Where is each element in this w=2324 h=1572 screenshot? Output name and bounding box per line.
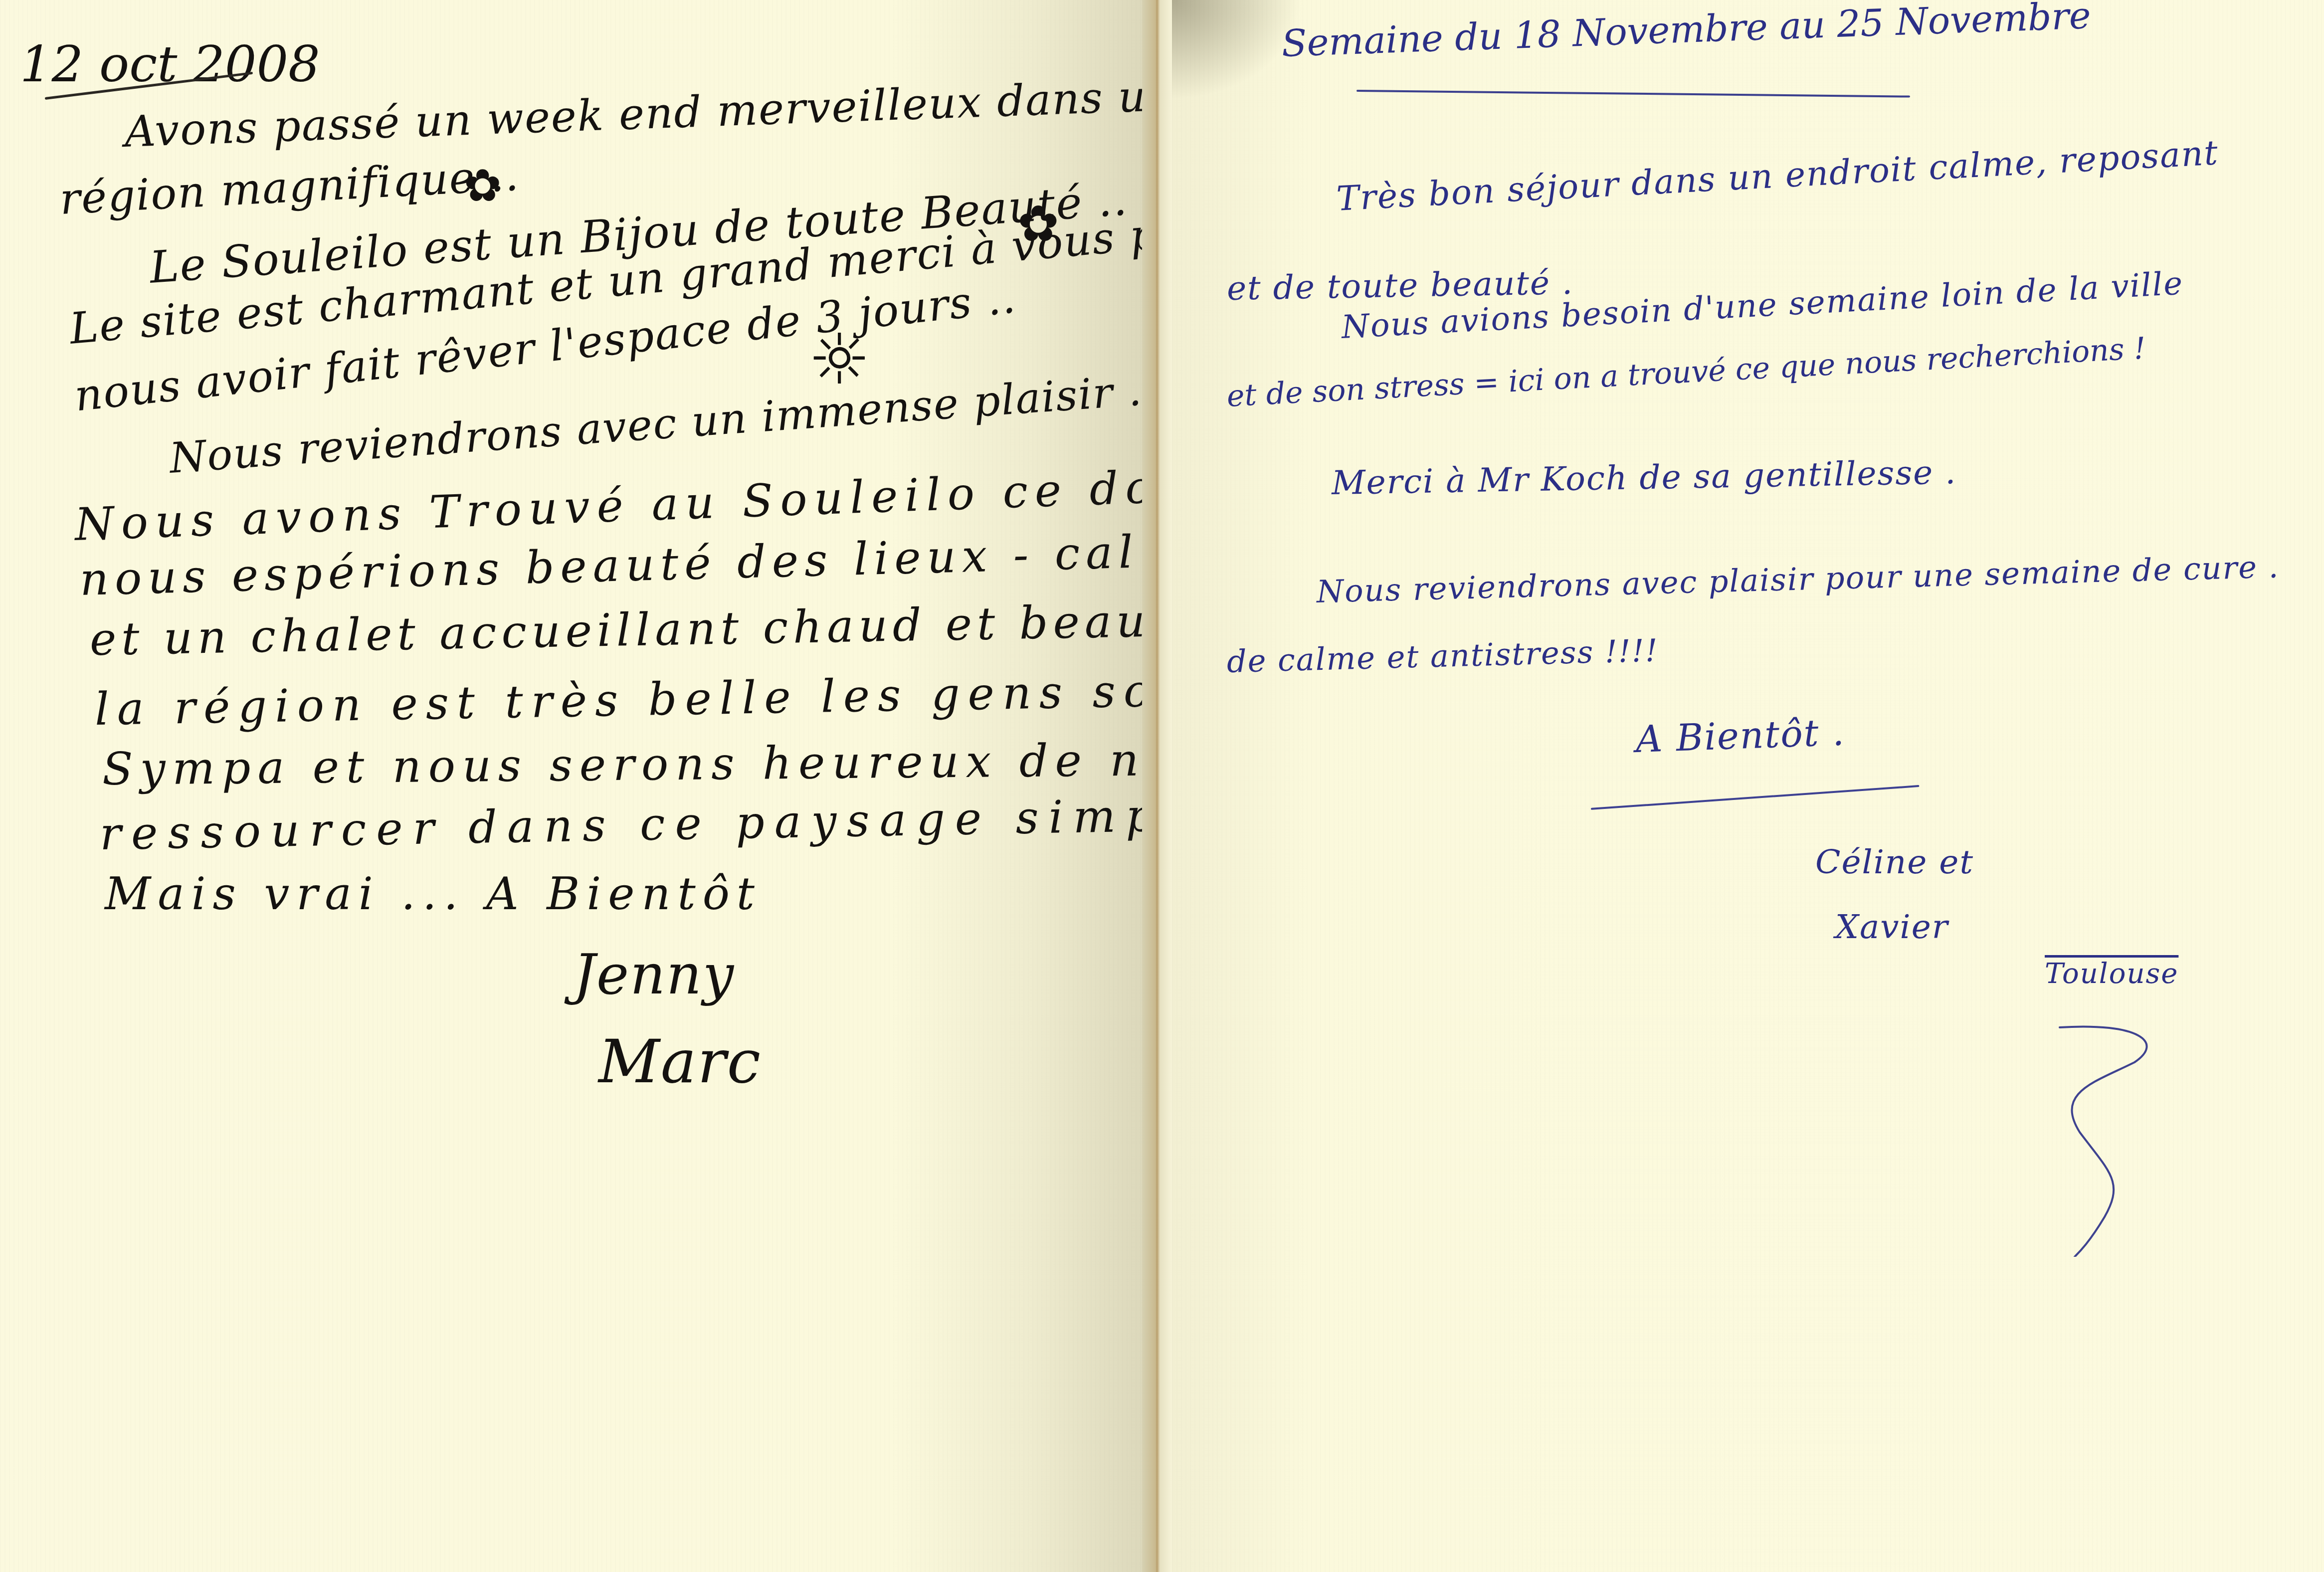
signature-xavier: Xavier bbox=[1835, 908, 1948, 946]
entry-line: Sympa et nous serons heureux de nous bbox=[102, 733, 1142, 795]
entry-line: ressourcer dans ce paysage simple bbox=[99, 788, 1142, 860]
entry-line: région magnifique .. bbox=[58, 151, 520, 224]
signature-marc: Marc bbox=[598, 1027, 762, 1097]
signature-jenny: Jenny bbox=[574, 943, 735, 1006]
book-spine-gutter bbox=[1142, 0, 1172, 1572]
entry-line: Merci à Mr Koch de sa gentillesse . bbox=[1331, 453, 1957, 502]
entry-line: Très bon séjour dans un endroit calme, r… bbox=[1336, 133, 2220, 219]
entry-line: la région est très belle les gens sont bbox=[94, 664, 1142, 736]
entry-heading: Semaine du 18 Novembre au 25 Novembre bbox=[1281, 0, 2091, 65]
paper-texture bbox=[1172, 0, 2324, 1572]
closing-text: A Bientôt . bbox=[1635, 711, 1845, 761]
flower-doodle-icon: ✿ bbox=[464, 160, 501, 212]
entry-line: Mais vrai ... A Bientôt bbox=[105, 868, 762, 920]
entry-date: 12 oct 2008 bbox=[20, 35, 320, 93]
left-page: 12 oct 2008 Avons passé un week end merv… bbox=[0, 0, 1142, 1572]
closing-underline bbox=[1591, 785, 1920, 810]
city-label: Toulouse bbox=[2045, 958, 2178, 990]
signature-squiggle-icon bbox=[2050, 1017, 2179, 1257]
signature-celine: Céline et bbox=[1815, 843, 1974, 881]
right-page: Semaine du 18 Novembre au 25 Novembre Tr… bbox=[1172, 0, 2324, 1572]
entry-line: de calme et antistress !!!! bbox=[1226, 632, 1659, 680]
entry-line: et un chalet accueillant chaud et beau bbox=[89, 595, 1142, 666]
open-guestbook: 12 oct 2008 Avons passé un week end merv… bbox=[0, 0, 2324, 1572]
heading-underline bbox=[1356, 90, 1910, 98]
entry-line: Nous reviendrons avec plaisir pour une s… bbox=[1316, 548, 2280, 610]
